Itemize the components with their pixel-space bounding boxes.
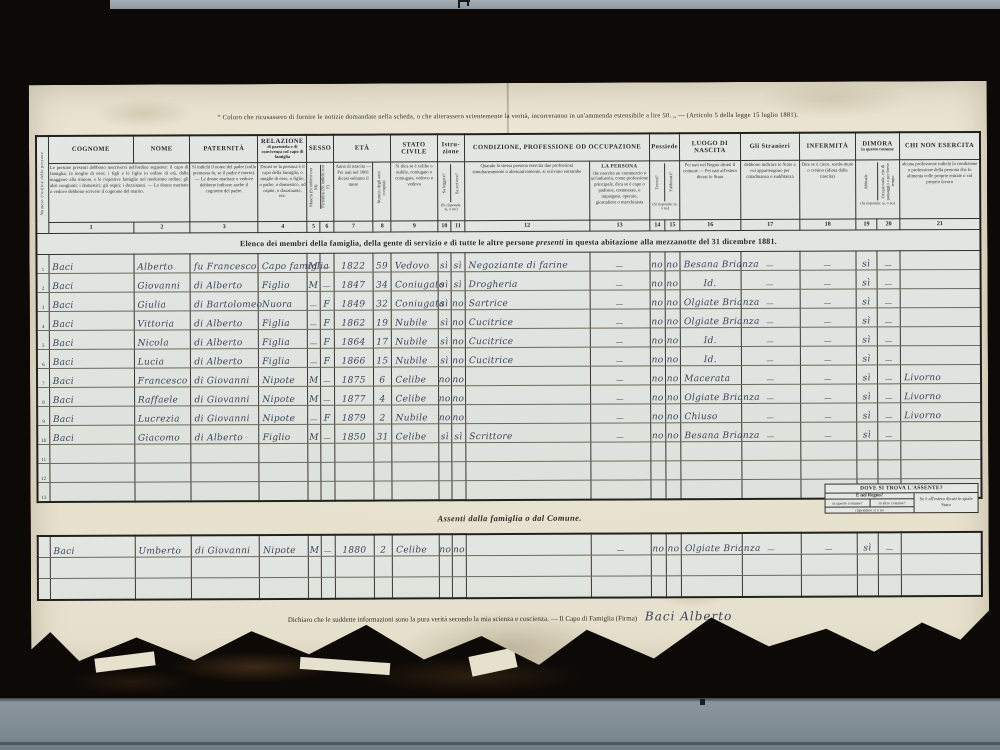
cell-fabbricati — [666, 442, 681, 461]
cell-num: 5 — [37, 331, 49, 350]
cell-anni: 2 — [374, 405, 392, 424]
declaration-text: Dichiaro che le suddette informazioni so… — [288, 614, 637, 624]
colnum: 13 — [589, 220, 649, 231]
cell-anni — [375, 577, 393, 599]
cell-sesso-m: M — [308, 386, 321, 405]
cell-terreni — [651, 442, 666, 461]
cell-dimora-abituale: sì — [856, 270, 878, 289]
cell-fabbricati: no — [665, 347, 680, 366]
cell-stato-civile: Coniugata — [392, 291, 438, 310]
condizione-note: Quando la stessa persona esercita due pr… — [465, 161, 590, 221]
cell-fabbricati: no — [665, 309, 680, 328]
cell-dimora-abituale: sì — [857, 532, 879, 554]
anno-nascita-note: Anno di nascita — Pei nati nel 1881 dica… — [333, 162, 373, 221]
cell-num: 13 — [37, 483, 49, 503]
cell-cognome — [50, 557, 135, 578]
bottom-tick — [700, 699, 705, 705]
absent-box-estero: Se è all'estero dicasi in quale Stato — [915, 493, 978, 512]
cell-infermita: — — [800, 289, 856, 308]
cell-stato-civile: Celibe — [393, 534, 439, 556]
cell-fabbricati — [666, 480, 681, 500]
cell-anno-nascita: 1879 — [334, 405, 374, 424]
cell-sa-leggere: no — [438, 405, 452, 424]
cell-relazione — [259, 462, 308, 481]
cell-relazione: Nipote — [259, 405, 308, 424]
cell-dimora-occasionale: — — [878, 289, 901, 308]
cell-paternita: fu Francesco — [190, 254, 258, 273]
colnum: 21 — [900, 218, 980, 229]
cell-terreni: no — [651, 423, 666, 442]
chi-note: alcuna professione indichi la condizione… — [900, 159, 981, 218]
colnum: 10 — [437, 221, 451, 232]
cell-sa-leggere: no — [438, 367, 452, 386]
cell-persona — [590, 461, 650, 480]
cell-chi-non-esercita: Livorno — [901, 402, 981, 421]
cell-sesso-m: M — [308, 367, 321, 386]
cell-terreni: no — [650, 252, 665, 271]
column-infermita-title: INFERMITÀ — [800, 132, 856, 160]
cell-luogo-nascita: Macerata — [681, 365, 741, 384]
cell-stato-civile — [393, 577, 439, 599]
cell-sesso-f: F — [320, 310, 334, 329]
cell-persona: — — [590, 366, 650, 385]
cell-num: 7 — [37, 369, 49, 388]
stato-note: Si dica se è celibe o nubile, coniugato … — [391, 162, 438, 221]
cell-sa-scrivere: no — [452, 405, 466, 424]
cell-sa-leggere: no — [438, 386, 452, 405]
cell-luogo-nascita — [681, 460, 741, 479]
cell-relazione — [260, 577, 309, 599]
cell-cognome: Baci — [49, 311, 134, 330]
cell-terreni: no — [651, 385, 666, 404]
cell-infermita: — — [800, 346, 856, 365]
colnum: 7 — [334, 221, 374, 232]
cell-infermita — [801, 554, 857, 575]
cell-sesso-m: — — [308, 405, 321, 424]
cell-sa-scrivere: no — [451, 291, 465, 310]
cell-professione — [466, 555, 591, 577]
cell-sa-leggere — [438, 443, 452, 462]
cell-luogo-nascita: Besana Brianza — [680, 251, 740, 270]
cell-dimora-abituale: sì — [856, 346, 878, 365]
colnum: 15 — [665, 220, 680, 231]
cell-chi-non-esercita — [901, 532, 981, 554]
cell-professione — [466, 534, 591, 556]
cell-anni: 34 — [374, 272, 392, 291]
cell-num: 12 — [37, 464, 49, 483]
luogo-note: Pei nati nel Regno dicasi il comune — Pe… — [680, 160, 741, 219]
cell-dimora-occasionale: — — [878, 422, 901, 441]
cell-relazione — [259, 443, 308, 462]
cell-sa-leggere: sì — [438, 310, 452, 329]
cell-anno-nascita — [335, 443, 375, 462]
cell-sesso-f: F — [321, 348, 335, 367]
cell-terreni: no — [650, 347, 665, 366]
cell-relazione: Nuora — [258, 291, 307, 310]
cell-professione — [465, 366, 590, 386]
cell-dimora-occasionale: — — [877, 251, 900, 270]
photo-top-strip — [110, 0, 1000, 9]
cell-cognome: Baci — [49, 368, 134, 387]
anni-compiuti-note: Numero degli anni compiuti — [373, 162, 391, 221]
cell-sa-scrivere: no — [452, 348, 466, 367]
cell-fabbricati: no — [665, 290, 680, 309]
cell-professione — [466, 461, 591, 481]
colnum: 17 — [740, 219, 800, 230]
cell-relazione: Figlia — [259, 329, 308, 348]
cell-dimora-abituale: sì — [856, 422, 878, 441]
cell-nome: Giacomo — [134, 425, 191, 444]
cell-stato-civile: Nubile — [392, 329, 438, 348]
cell-paternita: di Alberto — [191, 425, 259, 444]
cell-nome: Lucia — [134, 349, 191, 368]
cell-sa-scrivere: no — [452, 386, 466, 405]
cell-paternita — [191, 463, 259, 482]
cell-persona: — — [590, 309, 650, 328]
cell-infermita: — — [801, 403, 857, 422]
cell-chi-non-esercita — [900, 269, 980, 288]
column-eta-title: ETÀ — [333, 135, 391, 163]
cell-num: 8 — [37, 388, 49, 407]
cell-sa-scrivere: no — [452, 367, 466, 386]
cell-luogo-nascita — [681, 479, 741, 499]
cell-anno-nascita: 1847 — [334, 272, 374, 291]
cell-paternita: di Giovanni — [191, 368, 259, 387]
cell-persona: — — [590, 290, 650, 309]
cell-sa-leggere: sì — [438, 272, 452, 291]
column-cognome-title: COGNOME — [48, 136, 133, 164]
cell-sesso-m: — — [308, 310, 321, 329]
cell-stranieri — [742, 554, 802, 575]
cell-fabbricati: no — [666, 385, 681, 404]
cell-terreni: no — [650, 366, 665, 385]
cell-cognome: Baci — [49, 254, 134, 273]
cell-fabbricati — [666, 576, 681, 598]
cell-chi-non-esercita — [900, 307, 980, 326]
cell-fabbricati: no — [665, 271, 680, 290]
cell-anno-nascita: 1849 — [334, 291, 374, 310]
cell-num: 9 — [37, 407, 49, 426]
cell-terreni: no — [651, 404, 666, 423]
census-table: Numero d'ordine delle persone COGNOME NO… — [35, 131, 983, 503]
cell-dimora-occasionale: — — [878, 365, 901, 384]
cell-anni — [374, 462, 392, 481]
cell-chi-non-esercita — [901, 574, 981, 596]
cell-persona: — — [590, 404, 650, 423]
cell-sa-scrivere — [452, 481, 466, 501]
cell-dimora-occasionale: — — [878, 270, 901, 289]
cell-sesso-f: F — [320, 329, 334, 348]
cell-anno-nascita: 1880 — [335, 535, 375, 557]
column-stranieri-title: Gli Stranieri — [740, 133, 800, 161]
cell-sesso-f — [321, 481, 335, 501]
colnum: 14 — [650, 220, 665, 231]
cell-dimora-abituale: sì — [856, 289, 878, 308]
cell-chi-non-esercita — [900, 345, 980, 364]
cell-sesso-m: — — [308, 291, 321, 310]
cell-luogo-nascita: Id. — [680, 270, 740, 289]
istruzione-note: Sa leggere?Sa scrivere? (Si risponda: sì… — [437, 162, 465, 221]
cell-nome: Giulia — [134, 292, 191, 311]
cell-infermita: — — [800, 327, 856, 346]
cell-anno-nascita — [335, 481, 375, 501]
cell-relazione: Figlia — [259, 310, 308, 329]
cell-cognome: Baci — [49, 273, 134, 292]
cell-sa-leggere: no — [439, 534, 453, 556]
cell-stranieri — [742, 575, 802, 597]
cell-relazione: Figlio — [259, 424, 308, 443]
cell-persona: — — [590, 328, 650, 347]
cell-stato-civile — [392, 443, 438, 462]
cell-fabbricati: no — [666, 366, 681, 385]
cell-sesso-m — [308, 462, 321, 481]
cell-sesso-f: F — [320, 291, 334, 310]
cell-relazione: Figlia — [259, 348, 308, 367]
cell-num: 6 — [37, 350, 49, 369]
cell-stato-civile — [392, 481, 438, 501]
cell-dimora-occasionale — [879, 575, 902, 597]
cell-luogo-nascita: Olgiate Brianza — [681, 384, 741, 403]
cell-professione: Sartrice — [465, 290, 590, 310]
cell-relazione: Nipote — [259, 386, 308, 405]
cell-infermita: — — [801, 422, 857, 441]
cell-professione — [466, 576, 591, 598]
cell-dimora-abituale — [857, 460, 879, 479]
cell-paternita — [192, 557, 260, 578]
cell-stranieri: — — [741, 403, 801, 422]
cell-chi-non-esercita: Livorno — [901, 383, 981, 402]
absent-table: BaciUmbertodi GiovanniNipoteM—18802Celib… — [37, 531, 983, 601]
cell-stato-civile: Celibe — [392, 424, 438, 443]
colnum: 18 — [800, 219, 856, 230]
cell-persona: — — [590, 347, 650, 366]
colnum: 8 — [373, 221, 391, 232]
cell-professione: Cucitrice — [465, 328, 590, 348]
cell-persona — [591, 555, 651, 576]
cell-luogo-nascita: Chiuso — [681, 403, 741, 422]
cell-stato-civile: Nubile — [392, 310, 438, 329]
cell-persona — [590, 442, 650, 461]
cell-sa-leggere — [439, 481, 453, 501]
cell-num: 10 — [37, 426, 49, 445]
cell-chi-non-esercita — [900, 326, 980, 345]
cell-professione — [466, 480, 591, 500]
cell-stato-civile: Nubile — [392, 348, 438, 367]
cell-chi-non-esercita — [901, 459, 981, 478]
cell-sesso-m — [309, 577, 322, 599]
cell-nome — [135, 482, 192, 502]
cell-anni — [375, 556, 393, 577]
cell-cognome — [50, 578, 135, 600]
cell-sa-scrivere — [452, 443, 466, 462]
cell-chi-non-esercita — [901, 421, 981, 440]
cell-infermita: — — [800, 251, 856, 270]
cell-paternita: di Alberto — [191, 349, 259, 368]
cell-infermita — [801, 575, 857, 597]
cell-cognome: Baci — [49, 425, 134, 444]
cell-cognome: Baci — [49, 349, 134, 368]
cell-sesso-m — [308, 443, 321, 462]
cell-luogo-nascita: Id. — [681, 327, 741, 346]
cell-anni: 4 — [374, 386, 392, 405]
column-nome-title: NOME — [133, 135, 190, 163]
cell-terreni: no — [651, 533, 666, 555]
cell-stato-civile — [393, 556, 439, 577]
cell-sa-scrivere — [452, 462, 466, 481]
cell-stato-civile: Nubile — [392, 405, 438, 424]
cell-chi-non-esercita — [901, 440, 981, 459]
cell-chi-non-esercita — [900, 288, 980, 307]
cell-anno-nascita: 1822 — [334, 253, 374, 272]
cell-anni — [374, 481, 392, 501]
cell-anno-nascita: 1850 — [335, 424, 375, 443]
cell-sa-leggere — [439, 462, 453, 481]
cell-nome: Giovanni — [134, 273, 191, 292]
cell-professione — [466, 385, 591, 405]
cell-num: 3 — [37, 293, 49, 312]
cell-professione: Scrittore — [466, 423, 591, 443]
cell-nome — [135, 463, 192, 482]
photo-bottom-strip — [0, 698, 1000, 750]
cell-dimora-occasionale: — — [878, 346, 901, 365]
cell-terreni: no — [650, 309, 665, 328]
cell-fabbricati: no — [666, 404, 681, 423]
infermita-note: Dire se è cieco, sordo-muto o cretino (i… — [800, 160, 856, 219]
colnum: 6 — [320, 221, 334, 232]
cell-num — [38, 558, 50, 579]
cell-num: 1 — [36, 255, 48, 274]
cell-terreni: no — [650, 290, 665, 309]
cell-dimora-abituale: sì — [856, 403, 878, 422]
cell-sa-leggere: sì — [438, 424, 452, 443]
cell-professione: Cucitrice — [465, 347, 590, 367]
cell-chi-non-esercita — [900, 250, 980, 269]
cell-sa-scrivere: sì — [451, 253, 465, 272]
cell-infermita: — — [800, 270, 856, 289]
torn-paper-debris — [50, 640, 730, 700]
cell-relazione — [259, 481, 308, 501]
cell-persona: — — [590, 252, 650, 271]
cell-sesso-f: — — [321, 424, 335, 443]
cell-nome: Umberto — [135, 535, 192, 557]
dimora-note: AbitualeOccasionale, che di passaggio o … — [855, 160, 900, 219]
cell-persona: — — [591, 533, 651, 555]
relazione-note: Dicasi se la persona è il capo della fam… — [258, 162, 307, 221]
cell-fabbricati — [666, 555, 681, 576]
cell-stranieri: — — [741, 270, 801, 289]
colnum: 19 — [856, 219, 878, 230]
column-chi-title: CHI NON ESERCITA — [900, 132, 981, 160]
cell-chi-non-esercita: Livorno — [901, 364, 981, 383]
cell-cognome — [50, 463, 135, 482]
cell-cognome — [50, 482, 135, 502]
colnum: 3 — [190, 222, 258, 233]
cell-sa-scrivere — [453, 556, 467, 577]
bottom-seam — [0, 742, 1000, 745]
cell-sa-scrivere: sì — [452, 424, 466, 443]
cell-paternita: di Bartolomeo — [190, 292, 258, 311]
persona-note: LA PERSONAche esercita un commercio o un… — [589, 161, 650, 220]
cell-anni: 2 — [375, 535, 393, 557]
cell-dimora-abituale: sì — [856, 327, 878, 346]
cell-nome — [135, 557, 192, 578]
cell-infermita: — — [800, 308, 856, 327]
cell-dimora-abituale — [857, 554, 879, 575]
cell-stranieri — [742, 479, 802, 499]
column-istruzione-title: Istru-zione — [437, 134, 464, 162]
cell-professione — [466, 404, 591, 424]
cell-dimora-occasionale: — — [878, 308, 901, 327]
cell-luogo-nascita: Besana Brianza — [681, 422, 741, 441]
cell-cognome: Baci — [49, 387, 134, 406]
cell-luogo-nascita: Olgiate Brianza — [681, 533, 741, 555]
cell-terreni: no — [650, 328, 665, 347]
cell-nome: Raffaele — [134, 387, 191, 406]
cell-professione: Negoziante di farine — [465, 252, 590, 272]
absent-location-box: DOVE SI TROVA L'ASSENTE? È nel Regno? in… — [824, 483, 978, 514]
colnum: 1 — [49, 222, 134, 233]
cell-infermita: — — [801, 532, 857, 554]
cell-persona: — — [590, 385, 650, 404]
cell-anni: 31 — [374, 424, 392, 443]
column-paternita-title: PATERNITÀ — [190, 135, 258, 163]
absent-box-q2: in altro comune? — [870, 499, 914, 506]
cell-sesso-m: — — [308, 329, 321, 348]
cell-infermita: — — [801, 384, 857, 403]
cell-anno-nascita — [335, 556, 375, 577]
cell-anni: 17 — [374, 329, 392, 348]
cell-anno-nascita — [335, 577, 375, 599]
cell-num — [38, 536, 50, 558]
cell-cognome: Baci — [49, 292, 134, 311]
cell-terreni — [651, 480, 666, 500]
census-sheet: “ Coloro che ricusassero di fornire le n… — [29, 81, 990, 667]
colnum: 12 — [465, 220, 590, 232]
cell-paternita: di Giovanni — [191, 406, 259, 425]
cell-fabbricati: no — [666, 423, 681, 442]
cell-sesso-m — [308, 481, 321, 501]
column-condizione-title: CONDIZIONE, PROFESSIONE OD OCCUPAZIONE — [464, 133, 649, 161]
colnum: 5 — [307, 221, 320, 232]
column-dimora-title: DIMORAin questo comune — [855, 132, 899, 160]
cell-professione: Drogheria — [465, 271, 590, 291]
cell-dimora-occasionale — [878, 441, 901, 460]
head-of-family-signature: Baci Alberto — [639, 609, 732, 623]
cell-fabbricati — [666, 461, 681, 480]
cell-relazione: Nipote — [260, 535, 309, 557]
absent-box-q1: in questo comune? — [826, 499, 871, 506]
cell-sesso-m: M — [307, 253, 320, 272]
cell-persona — [591, 480, 651, 500]
cell-sesso-m: M — [307, 272, 320, 291]
colnum: 4 — [258, 221, 307, 232]
cell-sesso-f: — — [321, 367, 335, 386]
column-possiede-title: Possiede — [649, 133, 679, 161]
table-row — [38, 574, 982, 600]
cell-fabbricati: no — [666, 533, 681, 555]
cell-sesso-m: — — [308, 348, 321, 367]
clip-icon — [458, 0, 474, 8]
column-sesso-title: SESSO — [307, 135, 334, 163]
cell-anno-nascita: 1877 — [334, 386, 374, 405]
cell-luogo-nascita — [681, 441, 741, 460]
cell-sa-scrivere: no — [453, 534, 467, 556]
cell-cognome — [50, 444, 135, 463]
cell-anno-nascita — [335, 462, 375, 481]
cell-dimora-occasionale: — — [878, 327, 901, 346]
cell-paternita: di Alberto — [191, 330, 259, 349]
cell-sa-leggere — [439, 556, 453, 577]
